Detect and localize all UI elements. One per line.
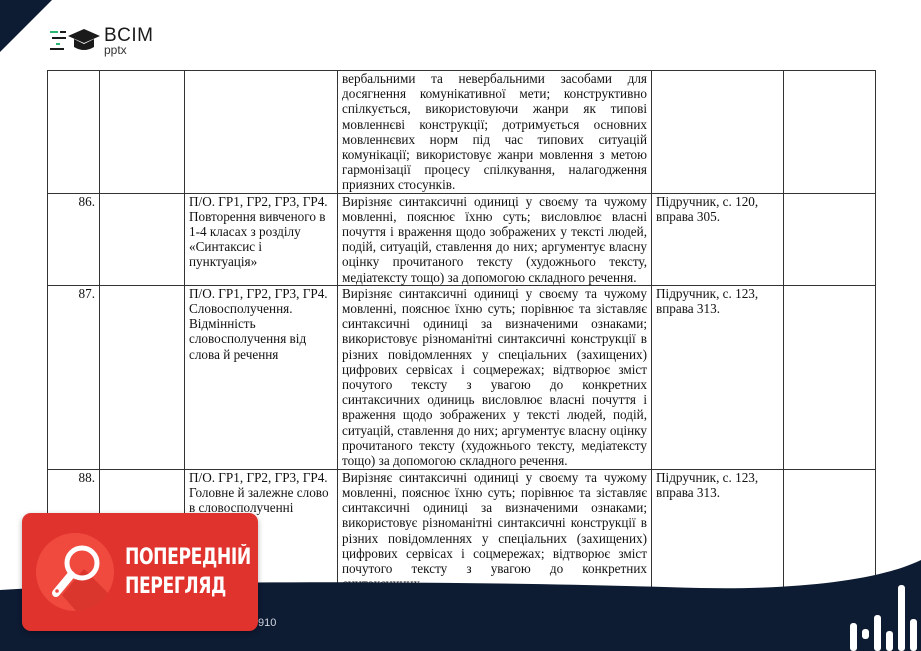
notes (784, 71, 876, 194)
lesson-number (48, 71, 100, 194)
page-number: 910 (258, 617, 276, 629)
table-row: вербальними та невербальними засобами дл… (48, 71, 876, 194)
magnifier-circle (36, 533, 114, 611)
preview-line-1: ПОПЕРЕДНІЙ (125, 543, 251, 572)
preview-label: ПОПЕРЕДНІЙ ПЕРЕГЛЯД (125, 543, 251, 601)
graduation-cap-icon (50, 26, 100, 56)
corner-decoration (0, 0, 52, 52)
table-row: 86. П/О. ГР1, ГР2, ГР3, ГР4. Повторення … (48, 193, 876, 285)
expected-results: Вирізняє синтаксичні одиниці у своєму та… (338, 285, 652, 469)
materials (652, 71, 784, 194)
magnifier-icon (36, 533, 114, 611)
brand-bars-icon (848, 585, 921, 651)
notes (784, 285, 876, 469)
table-row: 87. П/О. ГР1, ГР2, ГР3, ГР4. Словосполуч… (48, 285, 876, 469)
materials: Підручник, с. 120, вправа 305. (652, 193, 784, 285)
logo: BCIM pptx (50, 26, 154, 56)
lesson-date (100, 71, 185, 194)
preview-line-2: ПЕРЕГЛЯД (125, 572, 251, 601)
lesson-date (100, 285, 185, 469)
lesson-topic: П/О. ГР1, ГР2, ГР3, ГР4. Словосполучення… (185, 285, 338, 469)
notes (784, 193, 876, 285)
expected-results: Вирізняє синтаксичні одиниці у своєму та… (338, 193, 652, 285)
expected-results: вербальними та невербальними засобами дл… (338, 71, 652, 194)
lesson-topic: П/О. ГР1, ГР2, ГР3, ГР4. Повторення вивч… (185, 193, 338, 285)
preview-badge[interactable]: ПОПЕРЕДНІЙ ПЕРЕГЛЯД (22, 513, 258, 631)
lesson-date (100, 193, 185, 285)
lesson-number: 87. (48, 285, 100, 469)
lesson-number: 86. (48, 193, 100, 285)
lesson-topic (185, 71, 338, 194)
materials: Підручник, с. 123, вправа 313. (652, 285, 784, 469)
